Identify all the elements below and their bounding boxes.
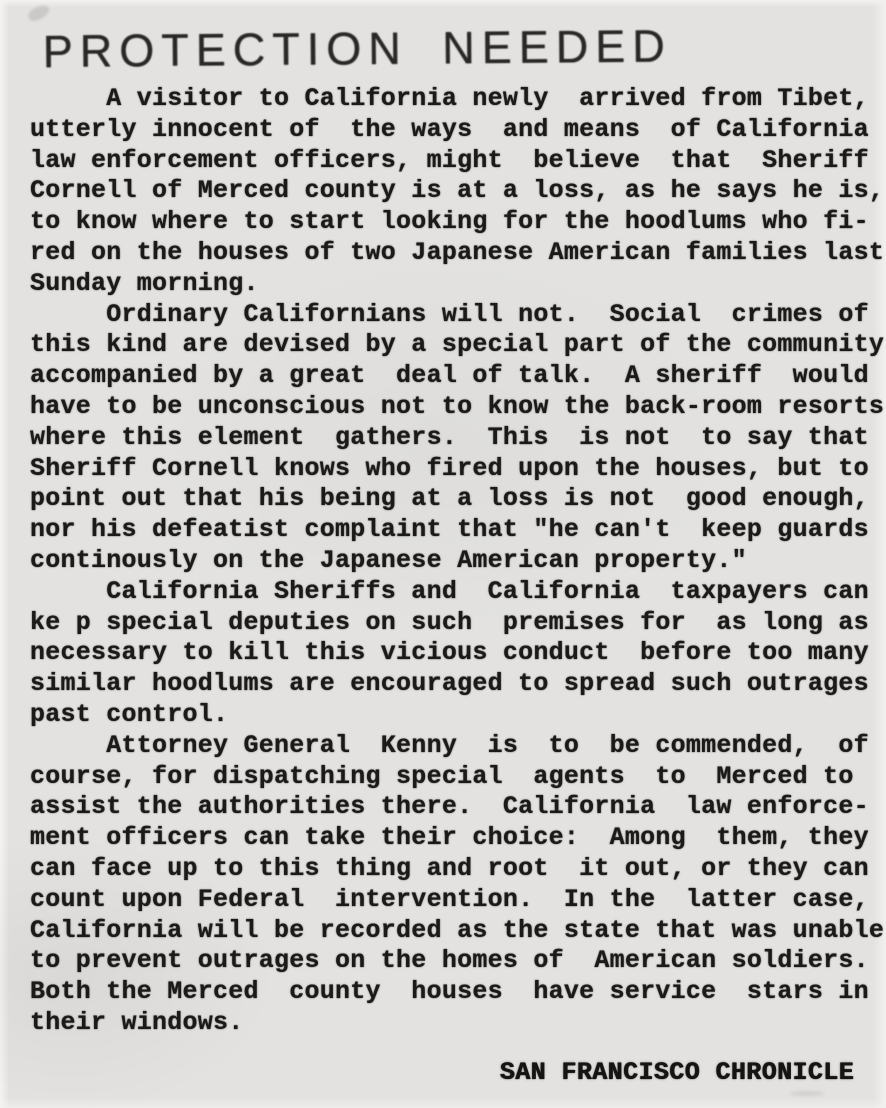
text-line: A visitor to California newly arrived fr… [30,84,886,115]
text-line: accompanied by a great deal of talk. A s… [30,361,886,392]
text-line: assist the authorities there. California… [30,792,886,823]
text-line: continously on the Japanese American pro… [30,546,886,577]
text-line: necessary to kill this vicious conduct b… [30,638,886,669]
text-line: can face up to this thing and root it ou… [30,854,886,885]
text-line: Cornell of Merced county is at a loss, a… [30,176,886,207]
text-line: California Sheriffs and California taxpa… [30,577,886,608]
text-line: Attorney General Kenny is to be commende… [30,731,886,762]
paragraph: Ordinary Californians will not. Social c… [30,300,886,577]
document-body: A visitor to California newly arrived fr… [30,84,886,1039]
scan-artifact-top-left [26,3,51,23]
paragraph: Attorney General Kenny is to be commende… [30,731,886,1039]
text-line: law enforcement officers, might believe … [30,146,886,177]
text-line: Ordinary Californians will not. Social c… [30,300,886,331]
text-line: past control. [30,700,886,731]
text-line: Both the Merced county houses have servi… [30,977,886,1008]
text-line: point out that his being at a loss is no… [30,484,886,515]
attribution-line: SAN FRANCISCO CHRONICLE [500,1058,854,1087]
text-line: count upon Federal intervention. In the … [30,885,886,916]
text-line: California will be recorded as the state… [30,916,886,947]
paragraph: A visitor to California newly arrived fr… [30,84,886,300]
text-line: ment officers can take their choice: Amo… [30,823,886,854]
text-line: Sheriff Cornell knows who fired upon the… [30,454,886,485]
text-line: this kind are devised by a special part … [30,330,886,361]
text-line: their windows. [30,1008,886,1039]
document-page: PROTECTION NEEDED A visitor to Californi… [0,0,886,1108]
text-line: where this element gathers. This is not … [30,423,886,454]
text-line: course, for dispatching special agents t… [30,762,886,793]
text-line: to know where to start looking for the h… [30,207,886,238]
text-line: have to be unconscious not to know the b… [30,392,886,423]
page-title: PROTECTION NEEDED [43,21,672,78]
paragraph: California Sheriffs and California taxpa… [30,577,886,731]
text-line: ke p special deputies on such premises f… [30,608,886,639]
text-line: similar hoodlums are encouraged to sprea… [30,669,886,700]
text-line: nor his defeatist complaint that "he can… [30,515,886,546]
text-line: red on the houses of two Japanese Americ… [30,238,886,269]
scan-artifact-bottom-right [790,1091,824,1096]
text-line: to prevent outrages on the homes of Amer… [30,946,886,977]
text-line: Sunday morning. [30,269,886,300]
text-line: utterly innocent of the ways and means o… [30,115,886,146]
